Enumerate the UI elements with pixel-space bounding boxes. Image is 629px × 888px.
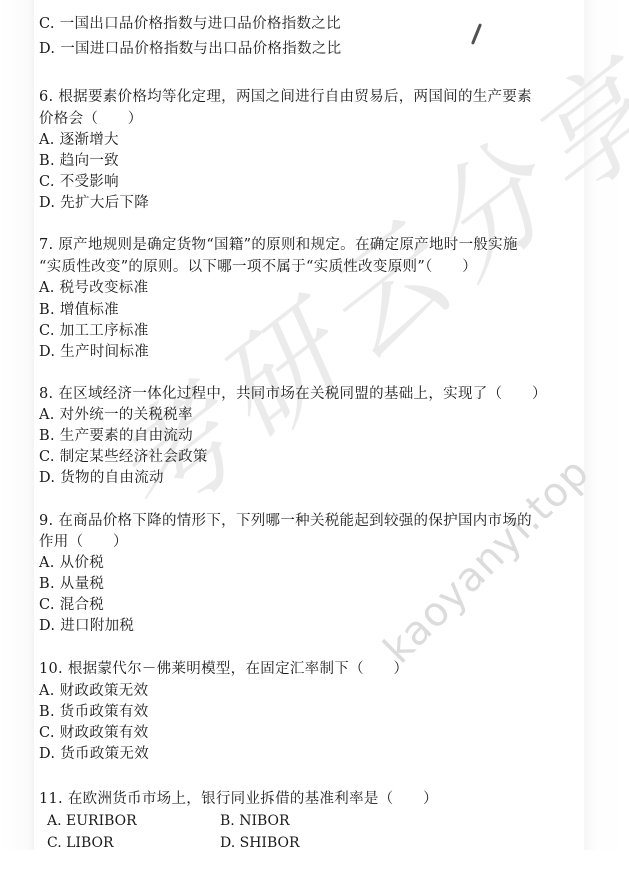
option-d: D. 货币政策无效 — [39, 745, 149, 764]
scan-edge-left — [0, 0, 34, 888]
pen-mark — [471, 23, 482, 45]
option-c: C. 一国出口品价格指数与进口品价格指数之比 — [39, 15, 341, 34]
option-a: A. EURIBOR — [47, 812, 137, 831]
option-a: A. 财政政策无效 — [39, 682, 148, 701]
option-d: D. 进口附加税 — [39, 617, 134, 636]
option-b: B. 从量税 — [39, 575, 104, 594]
option-b: B. NIBOR — [220, 812, 290, 831]
option-a: A. 从价税 — [39, 554, 104, 573]
option-c: C. 财政政策有效 — [39, 724, 149, 743]
option-b: B. 生产要素的自由流动 — [39, 427, 193, 446]
scan-bottom-margin — [0, 850, 629, 888]
question-stem: 9. 在商品价格下降的情形下，下列哪一种关税能起到较强的保护国内市场的 — [39, 512, 532, 531]
option-d: D. 一国进口品价格指数与出口品价格指数之比 — [39, 40, 341, 59]
option-b: B. 货币政策有效 — [39, 703, 149, 722]
option-d: D. 货物的自由流动 — [39, 469, 164, 488]
option-d: D. 生产时间标准 — [39, 343, 149, 362]
option-c: C. 混合税 — [39, 596, 104, 615]
option-a: A. 对外统一的关税税率 — [39, 406, 193, 425]
question-stem: 10. 根据蒙代尔－佛莱明模型，在固定汇率制下（ ） — [39, 660, 408, 679]
question-stem: 6. 根据要素价格均等化定理，两国之间进行自由贸易后，两国间的生产要素 — [39, 88, 532, 107]
option-a: A. 逐渐增大 — [39, 131, 119, 150]
question-stem-cont: 作用（ ） — [39, 533, 128, 552]
option-b: B. 增值标准 — [39, 301, 119, 320]
option-d: D. 先扩大后下降 — [39, 194, 149, 213]
question-stem: 8. 在区域经济一体化过程中，共同市场在关税同盟的基础上，实现了（ ） — [39, 385, 547, 404]
question-stem: 11. 在欧洲货币市场上，银行同业拆借的基准利率是（ ） — [39, 790, 438, 809]
question-stem-cont: “实质性改变”的原则。以下哪一项不属于“实质性改变原则”（ ） — [39, 258, 477, 277]
option-c: C. LIBOR — [47, 834, 114, 853]
option-c: C. 加工工序标准 — [39, 322, 149, 341]
option-c: C. 制定某些经济社会政策 — [39, 448, 208, 467]
option-b: B. 趋向一致 — [39, 152, 119, 171]
option-a: A. 税号改变标准 — [39, 279, 148, 298]
scan-edge-right — [584, 0, 629, 888]
question-stem-cont: 价格会（ ） — [39, 110, 143, 129]
watermark-url: kaoyanyi.top — [375, 449, 598, 672]
question-stem: 7. 原产地规则是确定货物“国籍”的原则和规定。在确定原产地时一般实施 — [39, 236, 518, 255]
option-d: D. SHIBOR — [220, 834, 300, 853]
option-c: C. 不受影响 — [39, 173, 119, 192]
